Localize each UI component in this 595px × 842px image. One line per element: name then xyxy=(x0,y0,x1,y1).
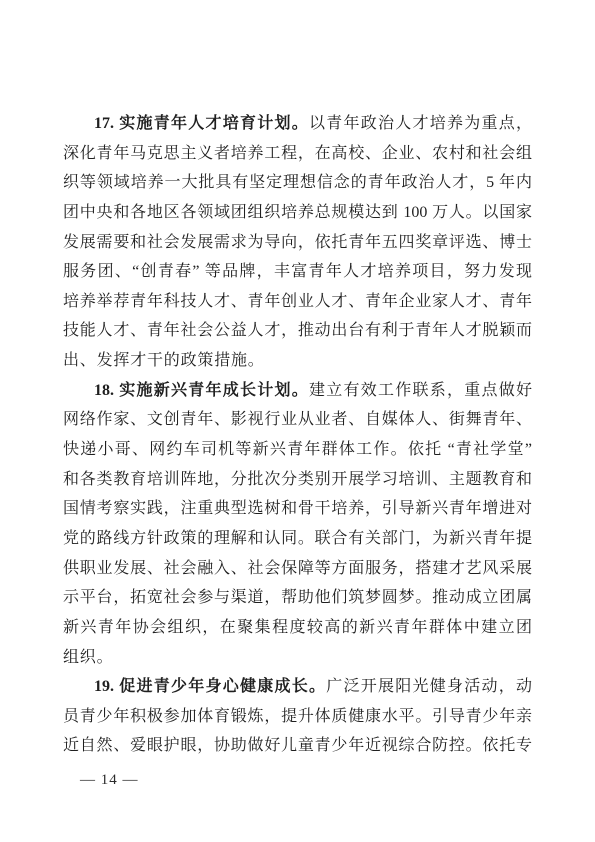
text-line: 织等领域培养一大批具有坚定理想信念的青年政治人才，5 年内 xyxy=(63,168,532,198)
text-line: 新兴青年协会组织，在聚集程度较高的新兴青年群体中建立团 xyxy=(63,613,532,643)
text-segment: 党的路线方针政策的理解和认同。联合有关部门，为新兴青年提 xyxy=(63,530,532,547)
text-line: 服务团、“创青春” 等品牌，丰富青年人才培养项目，努力发现 xyxy=(63,257,532,287)
text-segment: 新兴青年协会组织，在聚集程度较高的新兴青年群体中建立团 xyxy=(63,619,532,636)
document-page: 17. 实施青年人才培育计划。以青年政治人才培养为重点，深化青年马克思主义者培养… xyxy=(0,0,595,842)
text-line: 示平台，拓宽社会参与渠道，帮助他们筑梦圆梦。推动成立团属 xyxy=(63,583,532,613)
text-segment: 近自然、爱眼护眼，协助做好儿童青少年近视综合防控。依托专 xyxy=(63,737,532,754)
paragraph-lead: 17. 实施青年人才培育计划。 xyxy=(94,115,309,132)
text-segment: 培养举荐青年科技人才、青年创业人才、青年企业家人才、青年 xyxy=(63,293,532,310)
page-number: — 14 — xyxy=(80,770,139,790)
text-line: 19. 促进青少年身心健康成长。广泛开展阳光健身活动，动 xyxy=(63,672,532,702)
text-segment: 出、发挥才干的政策措施。 xyxy=(63,352,265,369)
text-line: 和各类教育培训阵地，分批次分类别开展学习培训、主题教育和 xyxy=(63,465,532,495)
text-line: 组织。 xyxy=(63,643,532,673)
text-line: 供职业发展、社会融入、社会保障等方面服务，搭建才艺风采展 xyxy=(63,554,532,584)
text-segment: 组织。 xyxy=(63,649,113,666)
text-segment: 和各类教育培训阵地，分批次分类别开展学习培训、主题教育和 xyxy=(63,471,532,488)
text-line: 团中央和各地区各领域团组织培养总规模达到 100 万人。以国家 xyxy=(63,198,532,228)
text-line: 发展需要和社会发展需求为导向，依托青年五四奖章评选、博士 xyxy=(63,228,532,258)
text-segment: 织等领域培养一大批具有坚定理想信念的青年政治人才，5 年内 xyxy=(63,174,532,191)
text-line: 党的路线方针政策的理解和认同。联合有关部门，为新兴青年提 xyxy=(63,524,532,554)
text-segment: 团中央和各地区各领域团组织培养总规模达到 100 万人。以国家 xyxy=(63,204,532,221)
text-line: 国情考察实践，注重典型选树和骨干培养，引导新兴青年增进对 xyxy=(63,494,532,524)
text-segment: 深化青年马克思主义者培养工程，在高校、企业、农村和社会组 xyxy=(63,145,532,162)
document-body: 17. 实施青年人才培育计划。以青年政治人才培养为重点，深化青年马克思主义者培养… xyxy=(63,109,532,761)
text-line: 培养举荐青年科技人才、青年创业人才、青年企业家人才、青年 xyxy=(63,287,532,317)
text-segment: 广泛开展阳光健身活动，动 xyxy=(326,678,532,695)
text-line: 员青少年积极参加体育锻炼，提升体质健康水平。引导青少年亲 xyxy=(63,702,532,732)
paragraph-lead: 19. 促进青少年身心健康成长。 xyxy=(94,678,326,695)
text-line: 技能人才、青年社会公益人才，推动出台有利于青年人才脱颖而 xyxy=(63,316,532,346)
text-line: 快递小哥、网约车司机等新兴青年群体工作。依托 “青社学堂” xyxy=(63,435,532,465)
text-segment: 供职业发展、社会融入、社会保障等方面服务，搭建才艺风采展 xyxy=(63,560,532,577)
text-segment: 服务团、“创青春” 等品牌，丰富青年人才培养项目，努力发现 xyxy=(63,263,532,280)
text-segment: 建立有效工作联系，重点做好 xyxy=(309,382,532,399)
text-segment: 示平台，拓宽社会参与渠道，帮助他们筑梦圆梦。推动成立团属 xyxy=(63,589,532,606)
text-segment: 以青年政治人才培养为重点， xyxy=(309,115,532,132)
text-line: 17. 实施青年人才培育计划。以青年政治人才培养为重点， xyxy=(63,109,532,139)
paragraph-lead: 18. 实施新兴青年成长计划。 xyxy=(94,382,309,399)
text-line: 深化青年马克思主义者培养工程，在高校、企业、农村和社会组 xyxy=(63,139,532,169)
text-segment: 国情考察实践，注重典型选树和骨干培养，引导新兴青年增进对 xyxy=(63,500,532,517)
text-line: 近自然、爱眼护眼，协助做好儿童青少年近视综合防控。依托专 xyxy=(63,731,532,761)
text-line: 网络作家、文创青年、影视行业从业者、自媒体人、街舞青年、 xyxy=(63,405,532,435)
text-line: 18. 实施新兴青年成长计划。建立有效工作联系，重点做好 xyxy=(63,376,532,406)
text-segment: 快递小哥、网约车司机等新兴青年群体工作。依托 “青社学堂” xyxy=(63,441,532,458)
text-segment: 员青少年积极参加体育锻炼，提升体质健康水平。引导青少年亲 xyxy=(63,708,532,725)
text-segment: 技能人才、青年社会公益人才，推动出台有利于青年人才脱颖而 xyxy=(63,322,532,339)
text-segment: 网络作家、文创青年、影视行业从业者、自媒体人、街舞青年、 xyxy=(63,411,532,428)
text-line: 出、发挥才干的政策措施。 xyxy=(63,346,532,376)
text-segment: 发展需要和社会发展需求为导向，依托青年五四奖章评选、博士 xyxy=(63,234,532,251)
